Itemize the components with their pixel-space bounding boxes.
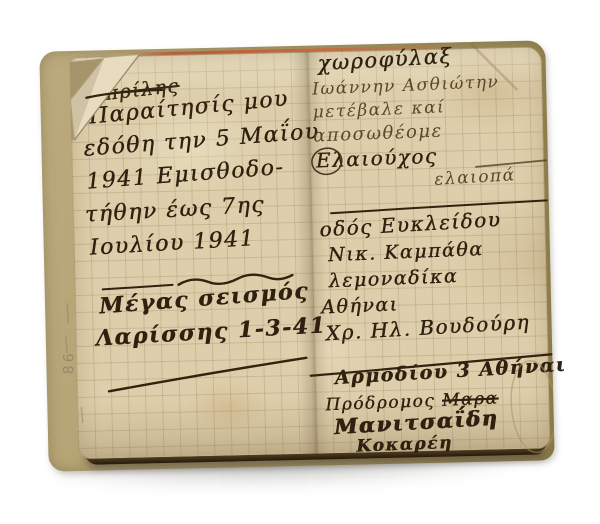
handwriting-right-b1-line-4-circled: Ελαιούχος: [315, 144, 438, 173]
cover-pencil-note: 86: [61, 344, 77, 374]
handwriting-right-b2-line-3: Αθήναι: [321, 293, 399, 318]
handwriting-right-b3-line-3: Κοκαρέη: [356, 433, 453, 457]
open-notebook: 86 Απρίλης Παραίτησίς μου εδόθη την 5 Μα…: [39, 40, 554, 471]
photo-stage: 86 Απρίλης Παραίτησίς μου εδόθη την 5 Μα…: [0, 0, 600, 524]
